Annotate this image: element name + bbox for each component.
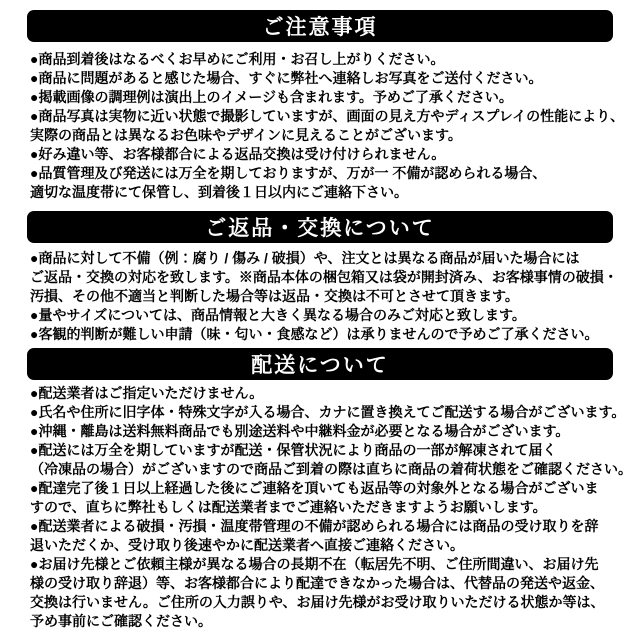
section-notes-body: ●商品到着後はなるべくお早めにご利用・お召し上がりください。 ●商品に問題がある… [30,50,636,202]
notice-line: ●沖縄・離島は送料無料商品でも別途送料や中継料金が必要となる場合がございます。 [30,422,636,441]
notice-line: 実際の商品とは異なるお色味やデザインに見えることがございます。 [30,126,636,145]
notice-line: ご返品・交換の対応を致します。※商品本体の梱包箱又は袋が開封済み、お客様事情の破… [30,268,636,287]
notice-line: 様の受け取り辞退）等、お客様都合により配達できなかった場合は、代替品の発送や返金… [30,574,636,593]
section-notes: ご注意事項 ●商品到着後はなるべくお早めにご利用・お召し上がりください。 ●商品… [0,10,640,202]
section-shipping: 配送について ●配送業者はご指定いただけません。 ●氏名や住所に旧字体・特殊文字… [0,348,640,631]
section-title: 配送について [251,349,389,379]
section-header-returns: ご返品・交換について [27,211,613,243]
notice-line: ●商品に対して不備（例：腐り / 傷み / 破損）や、注文とは異なる商品が届いた… [30,249,636,268]
notice-line: ●配送業者はご指定いただけません。 [30,384,636,403]
notice-line: すので、直ちに弊社もしくは配送業者までご連絡いただきますようお願いします。 [30,498,636,517]
notice-line: （冷凍品の場合）がございますので商品ご到着の際は直ちに商品の着荷状態をご確認くだ… [30,460,636,479]
notice-line: 予め事前にご確認ください。 [30,612,636,631]
section-shipping-body: ●配送業者はご指定いただけません。 ●氏名や住所に旧字体・特殊文字が入る場合、カ… [30,384,636,631]
notice-line: ●客観的判断が難しい申請（味・匂い・食感など）は承りませんので予めご了承ください… [30,325,636,344]
section-header-shipping: 配送について [27,348,613,380]
notice-line: ●掲載画像の調理例は演出上のイメージも含まれます。予めご了承ください。 [30,88,636,107]
notice-line: ●商品到着後はなるべくお早めにご利用・お召し上がりください。 [30,50,636,69]
section-title: ご返品・交換について [205,212,435,242]
notice-line: ●品質管理及び発送には万全を期しておりますが、万が一 不備が認められる場合、 [30,164,636,183]
section-title: ご注意事項 [263,11,378,41]
notice-line: ●商品写真は実物に近い状態で撮影していますが、画面の見え方やディスプレイの性能に… [30,107,636,126]
section-header-notes: ご注意事項 [27,10,613,42]
notice-line: ●お届け先様とご依頼主様が異なる場合の長期不在（転居先不明、ご住所間違い、お届け… [30,555,636,574]
notice-line: ●氏名や住所に旧字体・特殊文字が入る場合、カナに置き換えてご配送する場合がござい… [30,403,636,422]
notice-line: ●商品に問題があると感じた場合、すぐに弊社へ連絡しお写真をご送付ください。 [30,69,636,88]
notice-line: 汚損、その他不適当と判断した場合等は返品・交換は不可とさせて頂きます。 [30,287,636,306]
notice-line: ●好み違い等、お客様都合による返品交換は受け付けられません。 [30,145,636,164]
notice-line: ●配送には万全を期していますが配送・保管状況により商品の一部が解凍されて届く [30,441,636,460]
section-returns-body: ●商品に対して不備（例：腐り / 傷み / 破損）や、注文とは異なる商品が届いた… [30,249,636,344]
notice-line: ●配送業者による破損・汚損・温度帯管理の不備が認められる場合には商品の受け取りを… [30,517,636,536]
notice-line: 交換は行いません。ご住所の入力誤りや、お届け先様がお受け取りいただける状態か等は… [30,593,636,612]
notice-line: ●量やサイズについては、商品情報と大きく異なる場合のみご対応と致します。 [30,306,636,325]
notice-line: 退いただくか、受け取り後速やかに配送業者へ直接ご連絡ください。 [30,536,636,555]
notice-line: ●配達完了後１日以上経過した後にご連絡を頂いても返品等の対象外となる場合がござい… [30,479,636,498]
notice-page: ご注意事項 ●商品到着後はなるべくお早めにご利用・お召し上がりください。 ●商品… [0,0,640,640]
notice-line: 適切な温度帯にて保管し、到着後１日以内にご連絡下さい。 [30,183,636,202]
section-returns: ご返品・交換について ●商品に対して不備（例：腐り / 傷み / 破損）や、注文… [0,211,640,344]
